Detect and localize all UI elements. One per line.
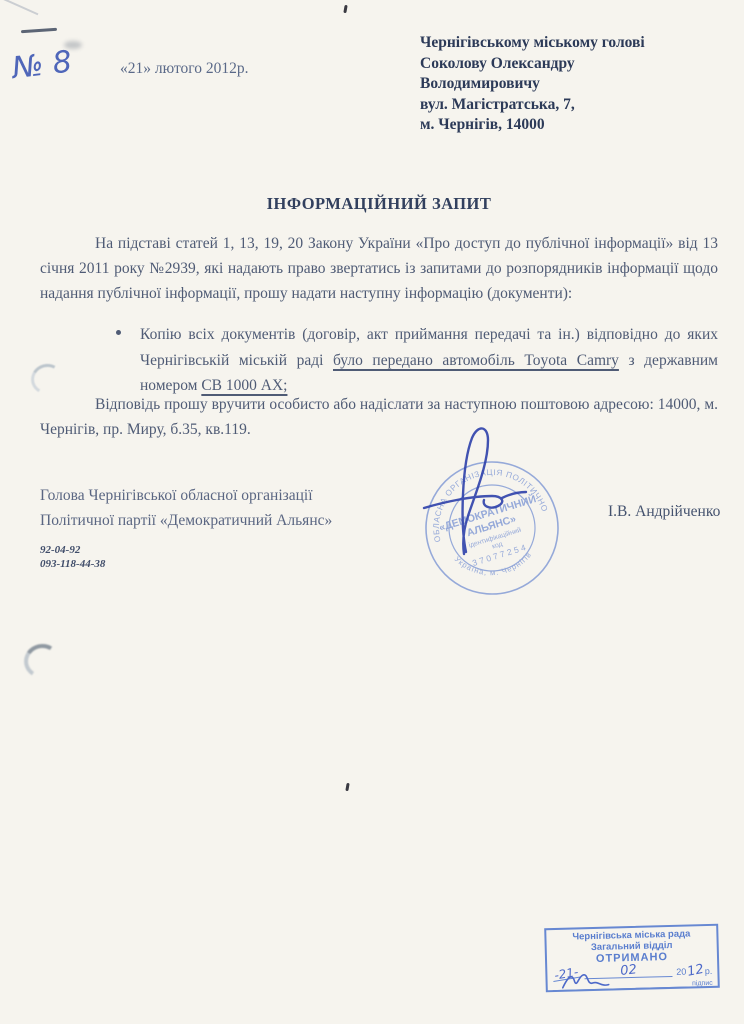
signer-position-line: Політичної партії «Демократичний Альянс»: [40, 508, 400, 533]
handwritten-doc-number: № 8: [10, 41, 104, 87]
underlined-phrase: було передано автомобіль Toyota Camry: [333, 352, 619, 369]
recipient-line: Чернігівському міському голові: [420, 33, 720, 54]
reply-paragraph: Відповідь прошу вручити особисто або над…: [40, 392, 718, 442]
received-month-handwritten: 02: [619, 965, 637, 977]
signer-name: І.В. Андрійченко: [608, 503, 720, 521]
scan-tick-artifact: [343, 5, 347, 13]
hole-punch-mark: [21, 641, 63, 682]
scan-tick-artifact: [345, 783, 349, 791]
bullet-dot: [116, 330, 121, 335]
signature-scrawl: [418, 424, 538, 564]
signer-position-line: Голова Чернігівської обласної організаці…: [40, 483, 400, 508]
received-stamp: Чернігівська міська рада Загальний відді…: [544, 924, 720, 993]
phone-line: 92-04-92: [40, 543, 105, 557]
scan-line-artifact: [21, 28, 57, 34]
intro-paragraph: На підставі статей 1, 13, 19, 20 Закону …: [40, 231, 718, 306]
recipient-line: вул. Магістратська, 7,: [420, 95, 720, 116]
request-item: Копію всіх документів (договір, акт прий…: [140, 322, 718, 399]
received-year-prefix: 20: [676, 967, 686, 977]
scan-corner-artifact: [0, 0, 38, 15]
recipient-block: Чернігівському міському голові Соколову …: [420, 33, 720, 136]
received-signature-label: підпис: [692, 980, 713, 988]
phone-numbers: 92-04-92 093-118-44-38: [40, 543, 105, 571]
scanned-document-page: № 8 «21» лютого 2012р. Чернігівському мі…: [0, 0, 744, 1024]
recipient-line: Володимировичу: [420, 74, 720, 95]
phone-line: 093-118-44-38: [40, 557, 105, 571]
recipient-line: Соколову Олександру: [420, 54, 720, 75]
document-title: ІНФОРМАЦІЙНИЙ ЗАПИТ: [40, 194, 718, 214]
document-date: «21» лютого 2012р.: [120, 60, 249, 78]
received-year-suffix: р.: [705, 966, 713, 976]
received-signature-squiggle: [560, 968, 621, 992]
signer-position: Голова Чернігівської обласної організаці…: [40, 483, 400, 533]
recipient-line: м. Чернігів, 14000: [420, 115, 720, 136]
received-signature-line: [553, 977, 689, 992]
received-year-handwritten: 12: [686, 965, 704, 978]
